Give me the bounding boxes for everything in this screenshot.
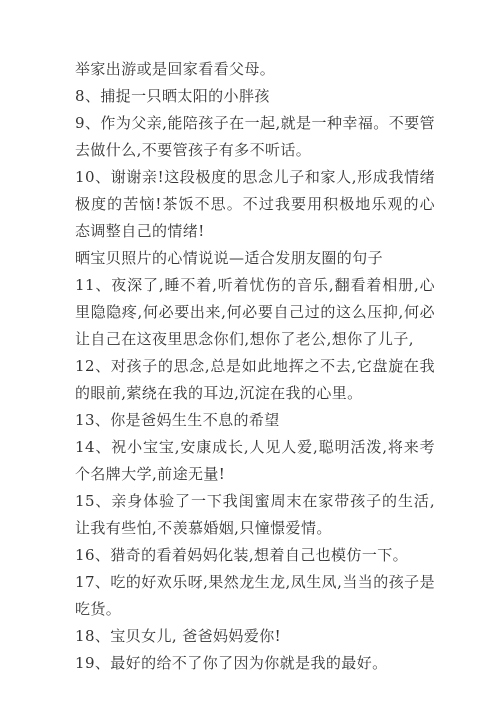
quote-item-13: 13、你是爸妈生生不息的希望 (75, 407, 435, 434)
quote-item-8: 8、捕捉一只晒太阳的小胖孩 (75, 83, 435, 110)
fragment-line: 举家出游或是回家看看父母。 (75, 56, 435, 83)
quote-item-18: 18、宝贝女儿, 爸爸妈妈爱你! (75, 623, 435, 650)
quote-item-15: 15、亲身体验了一下我闺蜜周末在家带孩子的生活,让我有些怕,不羡慕婚姻,只憧憬爱… (75, 488, 435, 542)
quote-item-12: 12、对孩子的思念,总是如此地挥之不去,它盘旋在我的眼前,萦绕在我的耳边,沉淀在… (75, 353, 435, 407)
quote-item-17: 17、吃的好欢乐呀,果然龙生龙,凤生凤,当当的孩子是吃货。 (75, 569, 435, 623)
quote-item-19: 19、最好的给不了你了因为你就是我的最好。 (75, 650, 435, 677)
quote-item-9: 9、作为父亲,能陪孩子在一起,就是一种幸福。不要管去做什么,不要管孩子有多不听话… (75, 110, 435, 164)
quote-item-14: 14、祝小宝宝,安康成长,人见人爱,聪明活泼,将来考个名牌大学,前途无量! (75, 434, 435, 488)
quote-item-10: 10、谢谢亲!这段极度的思念儿子和家人,形成我情绪极度的苦恼!茶饭不思。不过我要… (75, 164, 435, 245)
document-text-body: 举家出游或是回家看看父母。 8、捕捉一只晒太阳的小胖孩 9、作为父亲,能陪孩子在… (75, 56, 435, 677)
document-page: 举家出游或是回家看看父母。 8、捕捉一只晒太阳的小胖孩 9、作为父亲,能陪孩子在… (0, 0, 500, 707)
quote-item-11: 11、夜深了,睡不着,听着忧伤的音乐,翻看着相册,心里隐隐疼,何必要出来,何必要… (75, 272, 435, 353)
section-heading: 晒宝贝照片的心情说说—适合发朋友圈的句子 (75, 245, 435, 272)
quote-item-16: 16、猎奇的看着妈妈化装,想着自己也模仿一下。 (75, 542, 435, 569)
